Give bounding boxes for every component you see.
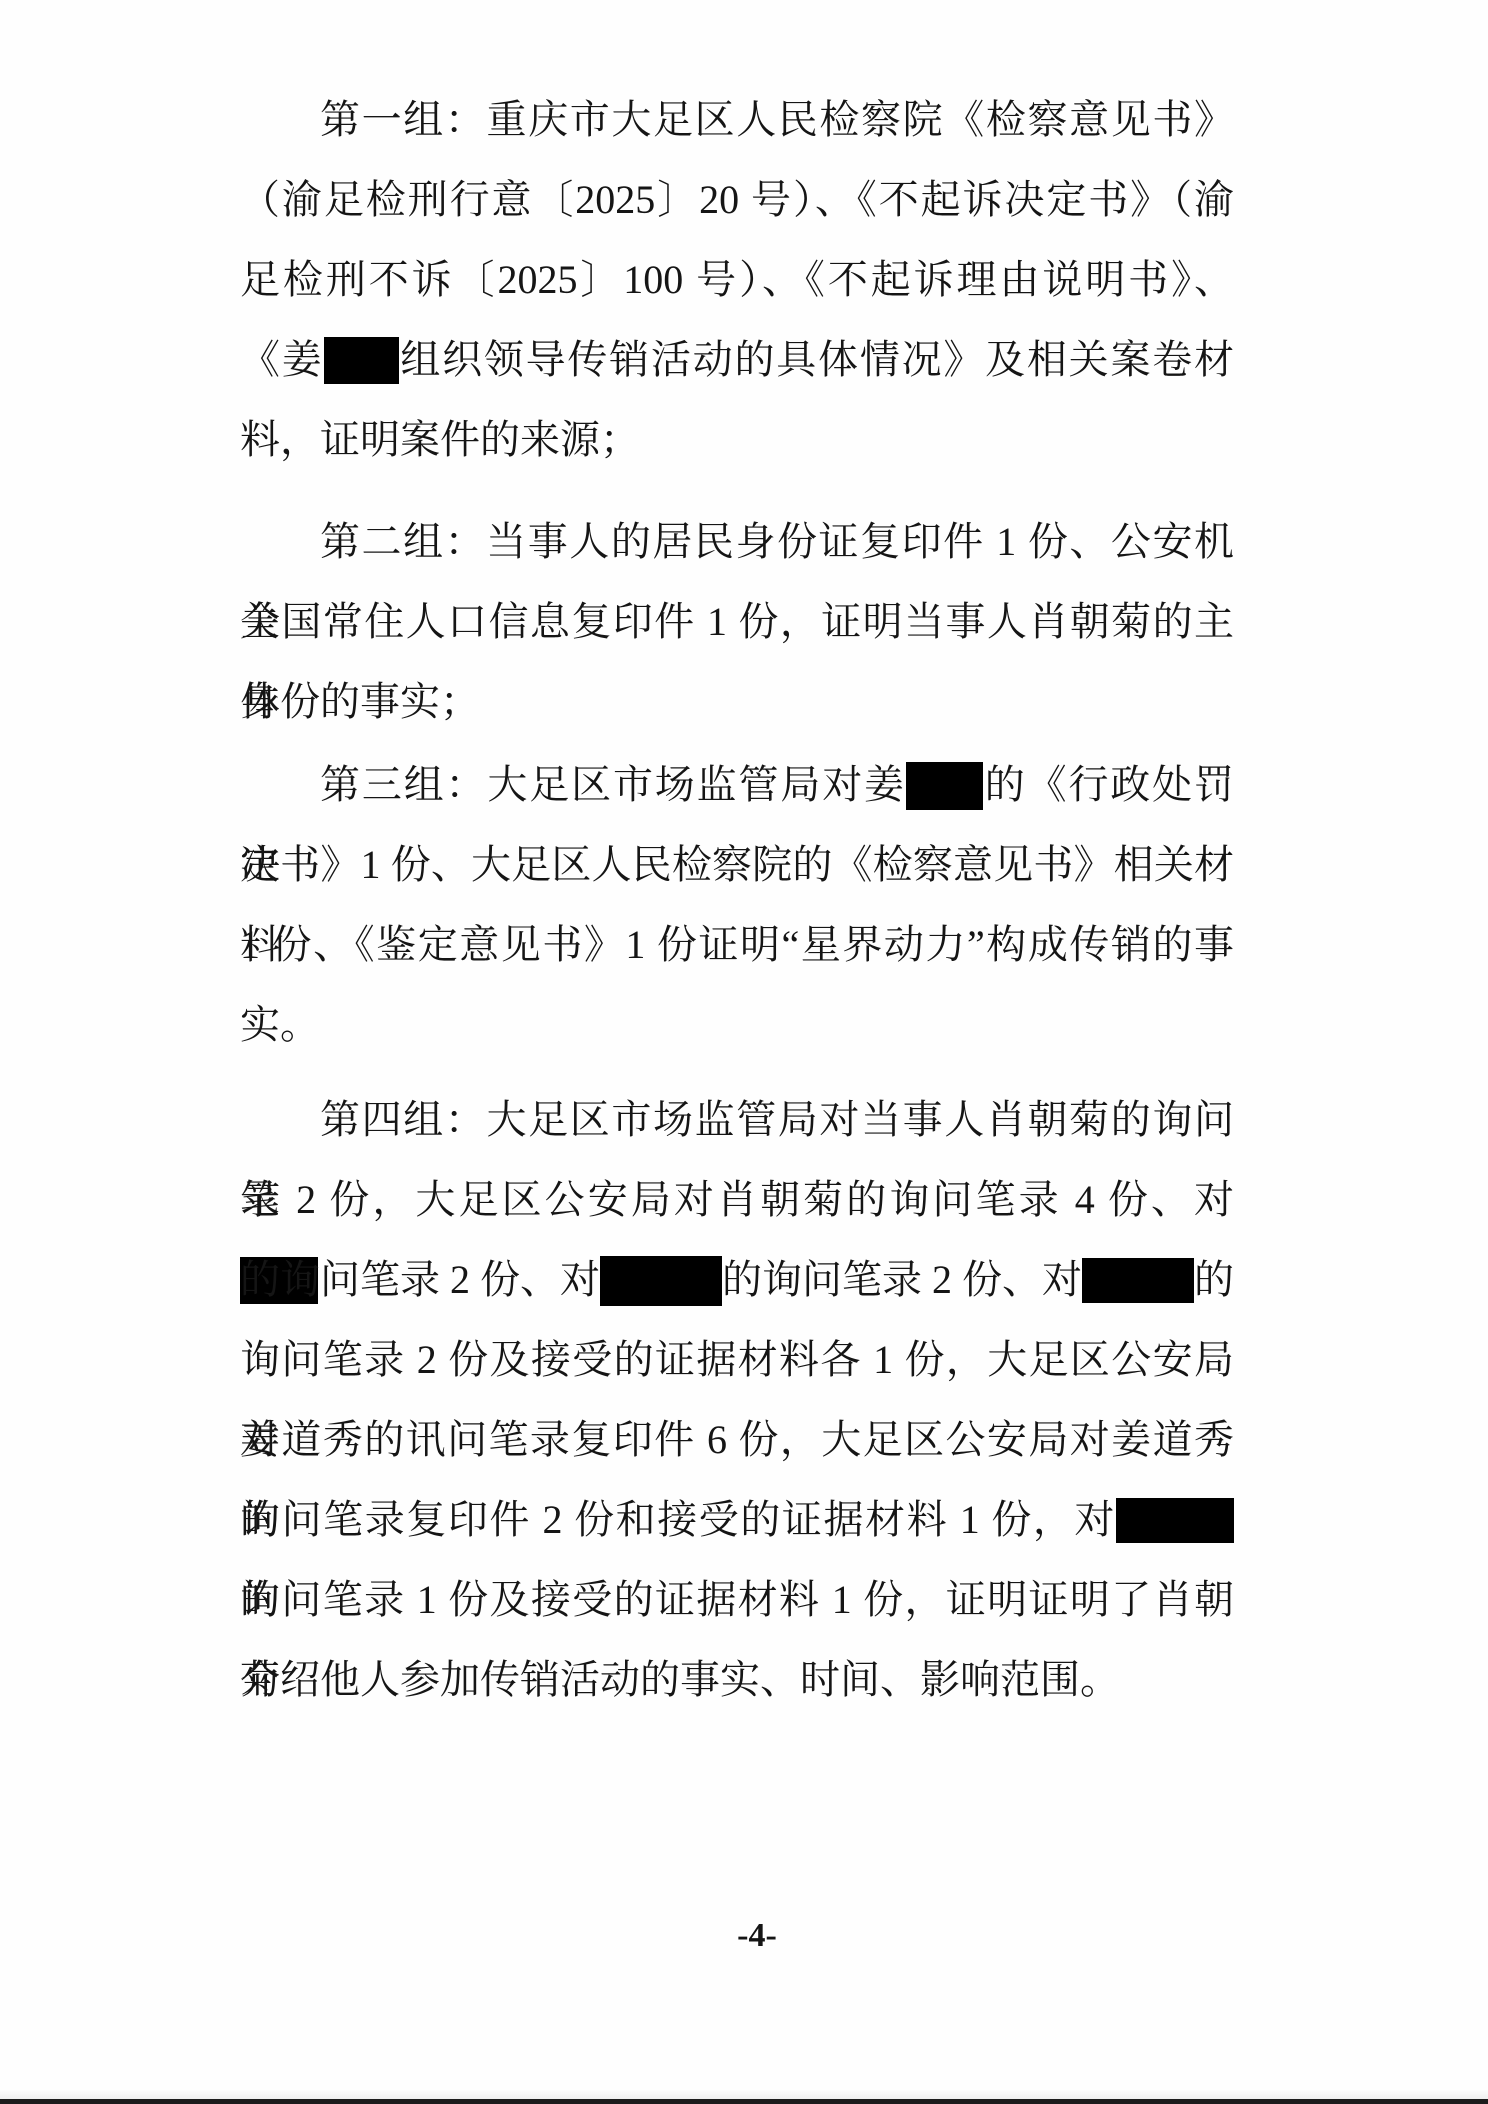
text-line: 《姜组织领导传销活动的具体情况》及相关案卷材: [240, 320, 1234, 400]
text-line: 第二组：当事人的居民身份证复印件 1 份、公安机关: [240, 502, 1234, 582]
text-segment: 的: [1194, 1257, 1234, 1302]
scan-bottom-shade: [0, 2089, 1488, 2099]
text-line: 第一组：重庆市大足区人民检察院《检察意见书》: [240, 80, 1234, 160]
text-segment: 录 2 份，大足区公安局对肖朝菊的询问笔录 4 份、对: [240, 1177, 1234, 1222]
text-segment: 身份的事实；: [240, 679, 480, 724]
text-line: 第四组：大足区市场监管局对当事人肖朝菊的询问笔: [240, 1080, 1234, 1160]
text-line: 询问笔录 2 份及接受的证据材料各 1 份，大足区公安局对: [240, 1320, 1234, 1400]
paragraph: 第四组：大足区市场监管局对当事人肖朝菊的询问笔录 2 份，大足区公安局对肖朝菊的…: [240, 1080, 1234, 1720]
page-number: -4-: [13, 1916, 1488, 1956]
text-line: 料，证明案件的来源；: [240, 400, 1234, 480]
paragraph: 第二组：当事人的居民身份证复印件 1 份、公安机关全国常住人口信息复印件 1 份…: [240, 502, 1234, 742]
scan-bottom-edge: [0, 2099, 1488, 2104]
text-line: 全国常住人口信息复印件 1 份，证明当事人肖朝菊的主体: [240, 582, 1234, 662]
redaction-box: [906, 762, 983, 810]
text-segment: 询问笔录复印件 2 份和接受的证据材料 1 份，对: [240, 1497, 1116, 1542]
text-segment: 第三组：大足区市场监管局对姜: [320, 762, 906, 807]
text-line: 询问笔录 1 份及接受的证据材料 1 份，证明证明了肖朝菊: [240, 1560, 1234, 1640]
document-body: 第一组：重庆市大足区人民检察院《检察意见书》（渝足检刑行意〔2025〕20 号）…: [240, 80, 1234, 1720]
text-line: 录 2 份，大足区公安局对肖朝菊的询问笔录 4 份、对: [240, 1160, 1234, 1240]
text-segment: 介绍他人参加传销活动的事实、时间、影响范围。: [240, 1657, 1120, 1702]
text-segment: 实。: [240, 1002, 320, 1047]
text-segment: 第一组：重庆市大足区人民检察院《检察意见书》: [320, 97, 1234, 142]
text-line: 询问笔录复印件 2 份和接受的证据材料 1 份，对的: [240, 1480, 1234, 1560]
text-line: 第三组：大足区市场监管局对姜的《行政处罚决: [240, 745, 1234, 825]
text-line: 身份的事实；: [240, 662, 1234, 742]
text-line: 的询问笔录 2 份、对的询问笔录 2 份、对的: [240, 1240, 1234, 1320]
paragraph: 第一组：重庆市大足区人民检察院《检察意见书》（渝足检刑行意〔2025〕20 号）…: [240, 80, 1234, 480]
text-line: 姜道秀的讯问笔录复印件 6 份，大足区公安局对姜道秀的: [240, 1400, 1234, 1480]
text-segment: 的询问笔录 2 份、对: [240, 1257, 600, 1302]
text-segment: 足检刑不诉〔2025〕100 号）、《不起诉理由说明书》、: [240, 257, 1234, 302]
text-segment: 组织领导传销活动的具体情况》及相关案卷材: [399, 337, 1234, 382]
text-segment: （渝足检刑行意〔2025〕20 号）、《不起诉决定书》（渝: [240, 177, 1234, 222]
text-segment: 料，证明案件的来源；: [240, 417, 640, 462]
text-segment: 的询问笔录 2 份、对: [722, 1257, 1082, 1302]
redaction-box: [600, 1256, 722, 1306]
redaction-box: [1082, 1258, 1194, 1303]
scanned-document-page: 第一组：重庆市大足区人民检察院《检察意见书》（渝足检刑行意〔2025〕20 号）…: [0, 0, 1488, 2104]
paragraph: 第三组：大足区市场监管局对姜的《行政处罚决定书》1 份、大足区人民检察院的《检察…: [240, 745, 1234, 1065]
text-line: 定书》1 份、大足区人民检察院的《检察意见书》相关材料: [240, 825, 1234, 905]
text-segment: 《姜: [240, 337, 324, 382]
text-line: 1 份、《鉴定意见书》1 份证明“星界动力”构成传销的事: [240, 905, 1234, 985]
redaction-box: [324, 337, 399, 384]
text-segment: 1 份、《鉴定意见书》1 份证明“星界动力”构成传销的事: [240, 922, 1234, 967]
text-line: 足检刑不诉〔2025〕100 号）、《不起诉理由说明书》、: [240, 240, 1234, 320]
text-line: （渝足检刑行意〔2025〕20 号）、《不起诉决定书》（渝: [240, 160, 1234, 240]
text-line: 实。: [240, 985, 1234, 1065]
redaction-box: [1116, 1498, 1234, 1543]
text-line: 介绍他人参加传销活动的事实、时间、影响范围。: [240, 1640, 1234, 1720]
